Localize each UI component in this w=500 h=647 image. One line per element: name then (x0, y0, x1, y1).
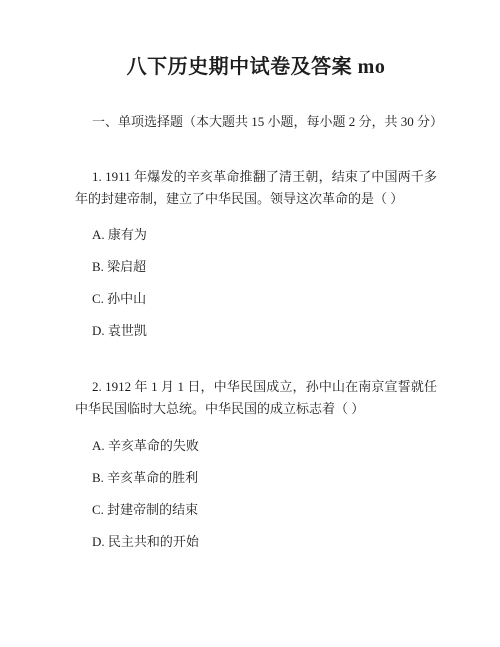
question-1: 1. 1911 年爆发的辛亥革命推翻了清王朝，结束了中国两千多年的封建帝制，建立… (75, 166, 437, 342)
question-2-option-c: C. 封建帝制的结束 (75, 499, 437, 521)
question-2-option-d: D. 民主共和的开始 (75, 531, 437, 553)
document-title: 八下历史期中试卷及答案 mo (75, 52, 437, 82)
question-2: 2. 1912 年 1 月 1 日，中华民国成立，孙中山在南京宣誓就任中华民国临… (75, 376, 437, 553)
exam-document-page: 八下历史期中试卷及答案 mo 一、单项选择题（本大题共 15 小题，每小题 2 … (0, 0, 500, 647)
question-1-option-d: D. 袁世凯 (75, 320, 437, 342)
question-2-stem: 2. 1912 年 1 月 1 日，中华民国成立，孙中山在南京宣誓就任中华民国临… (75, 376, 437, 420)
question-1-stem: 1. 1911 年爆发的辛亥革命推翻了清王朝，结束了中国两千多年的封建帝制，建立… (75, 166, 437, 210)
question-1-option-c: C. 孙中山 (75, 288, 437, 310)
question-1-option-a: A. 康有为 (75, 224, 437, 246)
section-heading: 一、单项选择题（本大题共 15 小题，每小题 2 分，共 30 分） (75, 111, 437, 133)
question-1-option-b: B. 梁启超 (75, 256, 437, 278)
question-2-option-b: B. 辛亥革命的胜利 (75, 467, 437, 489)
question-2-option-a: A. 辛亥革命的失败 (75, 435, 437, 457)
